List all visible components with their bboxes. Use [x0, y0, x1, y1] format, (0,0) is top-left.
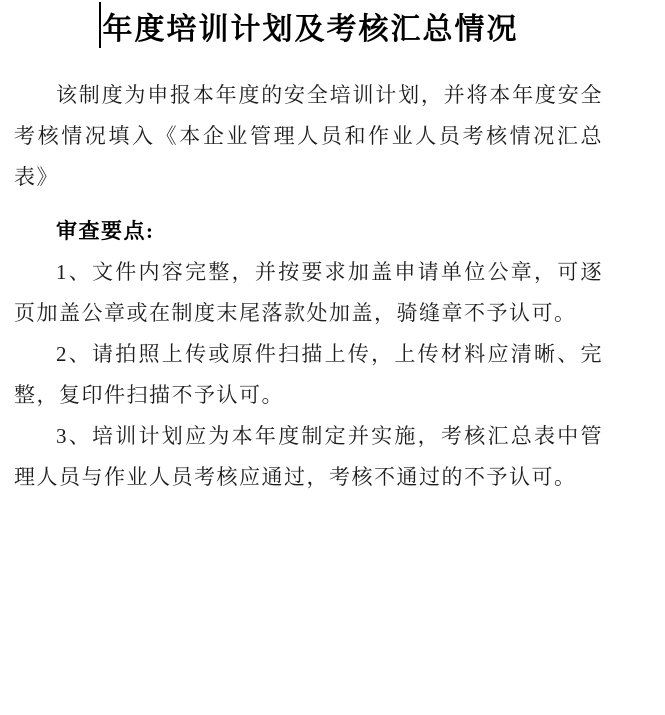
review-point-1: 1、文件内容完整，并按要求加盖申请单位公章，可逐页加盖公章或在制度末尾落款处加盖…	[14, 252, 603, 334]
document-page[interactable]: 年度培训计划及考核汇总情况 该制度为申报本年度的安全培训计划，并将本年度安全考核…	[0, 0, 665, 715]
review-point-3: 3、培训计划应为本年度制定并实施，考核汇总表中管理人员与作业人员考核应通过，考核…	[14, 416, 603, 498]
document-title: 年度培训计划及考核汇总情况	[103, 13, 519, 46]
text-cursor-caret	[99, 2, 101, 48]
review-points-heading: 审查要点:	[14, 211, 603, 252]
document-title-line: 年度培训计划及考核汇总情况	[14, 2, 603, 61]
review-point-2: 2、请拍照上传或原件扫描上传，上传材料应清晰、完整，复印件扫描不予认可。	[14, 334, 603, 416]
intro-paragraph: 该制度为申报本年度的安全培训计划，并将本年度安全考核情况填入《本企业管理人员和作…	[14, 75, 603, 198]
